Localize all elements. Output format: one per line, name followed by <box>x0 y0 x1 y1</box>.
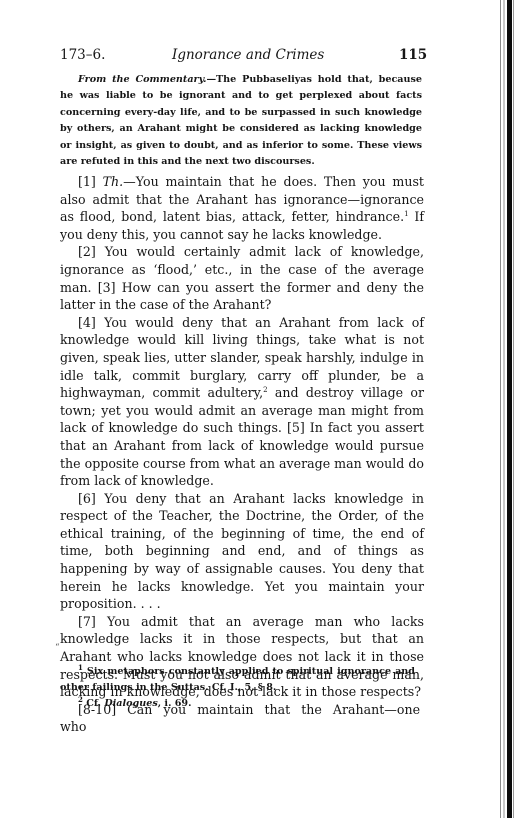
page-edge-line <box>513 0 514 818</box>
commentary-text: —The Pubbaseliyas hold that, because he … <box>60 74 422 167</box>
page-edge-line <box>503 0 505 818</box>
section-range: 173–6. <box>60 47 105 63</box>
speaker-label: Th. <box>103 174 124 189</box>
footnotes: 1 Six metaphors constantly applied to sp… <box>60 664 415 713</box>
paragraph-text: [6] You deny that an Arahant lacks knowl… <box>60 491 424 612</box>
book-page: 173–6. Ignorance and Crimes 115 From the… <box>0 0 516 818</box>
paragraph-text: [2] You would certainly admit lack of kn… <box>60 244 424 312</box>
book-spine-shadow <box>507 0 512 818</box>
paragraph-1: [1] Th.—You maintain that he does. Then … <box>60 173 424 243</box>
footnote-2: 2 Cf. Dialogues, i. 69. <box>60 696 415 712</box>
commentary-paragraph: From the Commentary.—The Pubbaseliyas ho… <box>60 72 422 170</box>
main-text: [1] Th.—You maintain that he does. Then … <box>60 173 424 736</box>
commentary-lead: From the Commentary. <box>78 74 206 85</box>
footnote-text: Cf. <box>83 698 104 709</box>
footnote-1: 1 Six metaphors constantly applied to sp… <box>60 664 415 696</box>
footnote-text: , i. 69. <box>158 698 192 709</box>
footnote-citation-title: Dialogues <box>104 698 157 709</box>
paragraph-2: [2] You would certainly admit lack of kn… <box>60 243 424 313</box>
paragraph-6: [6] You deny that an Arahant lacks knowl… <box>60 490 424 613</box>
running-header: 173–6. Ignorance and Crimes 115 <box>60 47 360 67</box>
running-title: Ignorance and Crimes <box>172 47 324 63</box>
paragraph-text: and destroy village or town; yet you wou… <box>60 385 424 488</box>
footnote-text: Six metaphors constantly applied to spir… <box>60 666 415 693</box>
paragraph-number: [1] <box>78 174 103 189</box>
scan-artifact-mark: “ <box>55 643 60 653</box>
page-edge-line <box>500 0 501 818</box>
page-number: 115 <box>399 47 427 63</box>
commentary-block: From the Commentary.—The Pubbaseliyas ho… <box>60 72 422 170</box>
paragraph-4: [4] You would deny that an Arahant from … <box>60 314 424 490</box>
